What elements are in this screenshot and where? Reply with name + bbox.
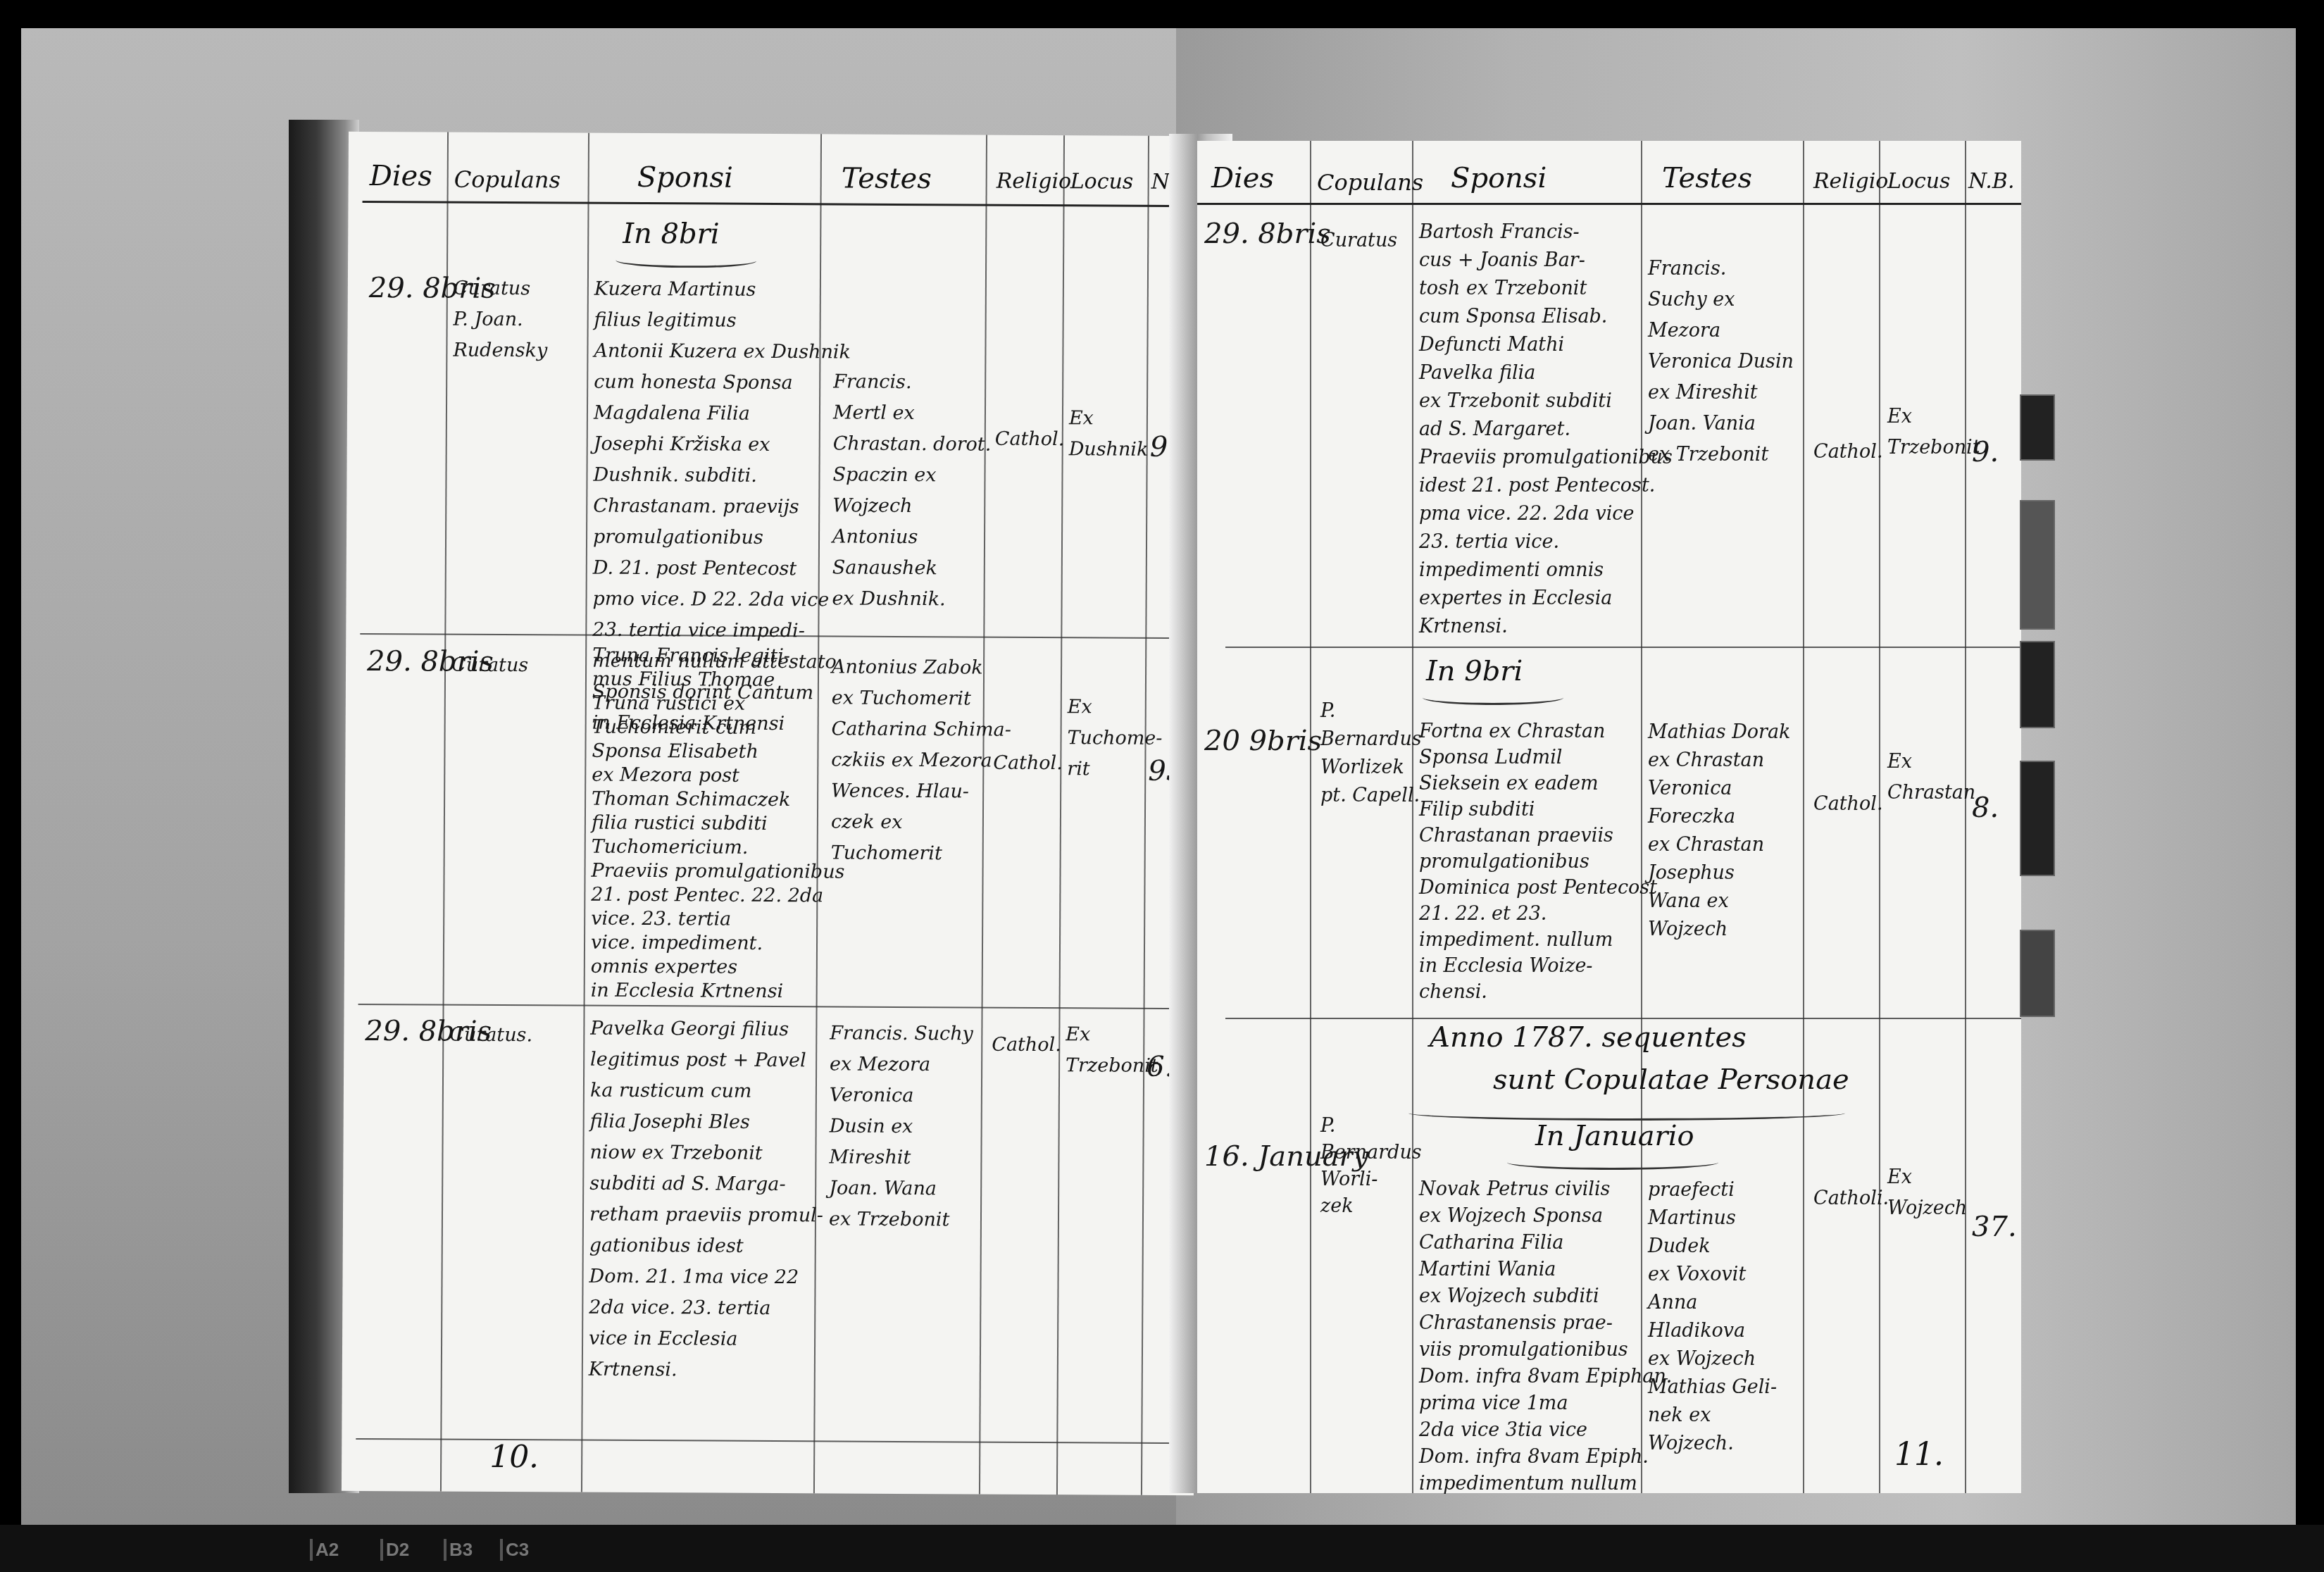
entry-copulans: Curatus. [449,1020,532,1052]
entry-testes: Francis. Suchyex MezoraVeronicaDusin exM… [829,1018,978,1235]
section-heading: In 8bri [623,218,719,251]
column-header-copulans: Copulans [1317,169,1423,196]
entry-testes: Antonius Zabokex TuchomeritCatharina Sch… [831,651,980,869]
entry-number: 8. [1972,792,1999,823]
column-header-sponsi: Sponsi [637,161,733,194]
entry-copulans: Curatus [1320,225,1397,256]
column-header-nb: N.B. [1968,169,2014,194]
column-header-dies: Dies [1211,162,1274,194]
entry-testes: Francis.Mertl exChrastan. dorot.Spaczin … [832,366,981,615]
entry-sponsi: Novak Petrus civilisex Wojzech SponsaCat… [1419,1176,1641,1497]
film-mark: D2 [380,1539,409,1561]
entry-testes: praefectiMartinusDudekex VoxovitAnnaHlad… [1648,1176,1799,1458]
entry-locus: ExChrastan [1887,747,1975,809]
entry-number: 9. [1972,437,1999,468]
microfilm-strip [0,1525,2324,1572]
entry-copulans: Curatus P. Joan. Rudensky [453,273,584,367]
entry-religio: Cathol. [1813,789,1882,820]
right-page: Dies Copulans Sponsi Testes Religio Locu… [1197,141,2021,1493]
page-number: 11. [1894,1437,1944,1473]
entry-religio: Cathol. [993,748,1063,780]
column-header-testes: Testes [1662,162,1752,194]
entry-sponsi: Bartosh Francis-cus + Joanis Bar-tosh ex… [1419,218,1641,641]
entry-sponsi: Truna Francis legiti-mus Filius ThomaeTr… [591,644,818,1004]
year-heading: Anno 1787. sequentes [1430,1021,1747,1054]
entry-religio: Cathol. [995,424,1065,456]
column-header-dies: Dies [370,160,432,192]
column-header-locus: Locus [1887,169,1951,194]
entry-locus: ExDushnik [1069,403,1149,466]
entry-locus: ExTrzebonit [1066,1019,1158,1082]
entry-religio: Catholi. [1813,1183,1889,1214]
entry-date: 29. 8bris [1204,218,1331,249]
film-mark: B3 [444,1539,473,1561]
section-heading: In 9bri [1426,655,1523,687]
column-header-religio: Religio [1813,169,1888,194]
entry-religio: Cathol. [992,1030,1061,1061]
entry-date: 20 9bris [1204,725,1322,756]
column-header-locus: Locus [1070,169,1134,194]
entry-testes: Francis.Suchy exMezoraVeronica Dusinex M… [1648,254,1799,470]
column-header-sponsi: Sponsi [1451,162,1547,194]
entry-religio: Cathol. [1813,437,1882,468]
entry-sponsi: Fortna ex ChrastanSponsa LudmilSieksein … [1419,718,1641,1005]
page-number: 10. [489,1439,539,1475]
column-header-testes: Testes [842,163,932,196]
entry-number: 37. [1972,1211,2017,1242]
entry-testes: Mathias Dorakex ChrastanVeronicaForeczka… [1648,718,1799,944]
entry-copulans: Curatus [451,650,528,682]
year-heading-line-2: sunt Copulatae Personae [1493,1063,1849,1096]
film-mark: C3 [500,1539,529,1561]
film-mark: A2 [310,1539,339,1561]
entry-locus: ExWojzech [1887,1162,1967,1224]
entry-copulans: P.BernardusWorli-zek [1320,1113,1422,1220]
left-page: Dies Copulans Sponsi Testes Religio Locu… [342,132,1201,1495]
column-header-copulans: Copulans [454,166,561,194]
index-tabs [2020,394,2055,1240]
month-heading: In Januario [1535,1120,1694,1152]
entry-sponsi: Pavelka Georgi filiuslegitimus post + Pa… [589,1013,816,1387]
entry-copulans: P.BernardusWorlizekpt. Capell. [1320,697,1422,810]
entry-locus: ExTrzebonit [1887,401,1980,463]
column-header-religio: Religio [997,169,1072,194]
